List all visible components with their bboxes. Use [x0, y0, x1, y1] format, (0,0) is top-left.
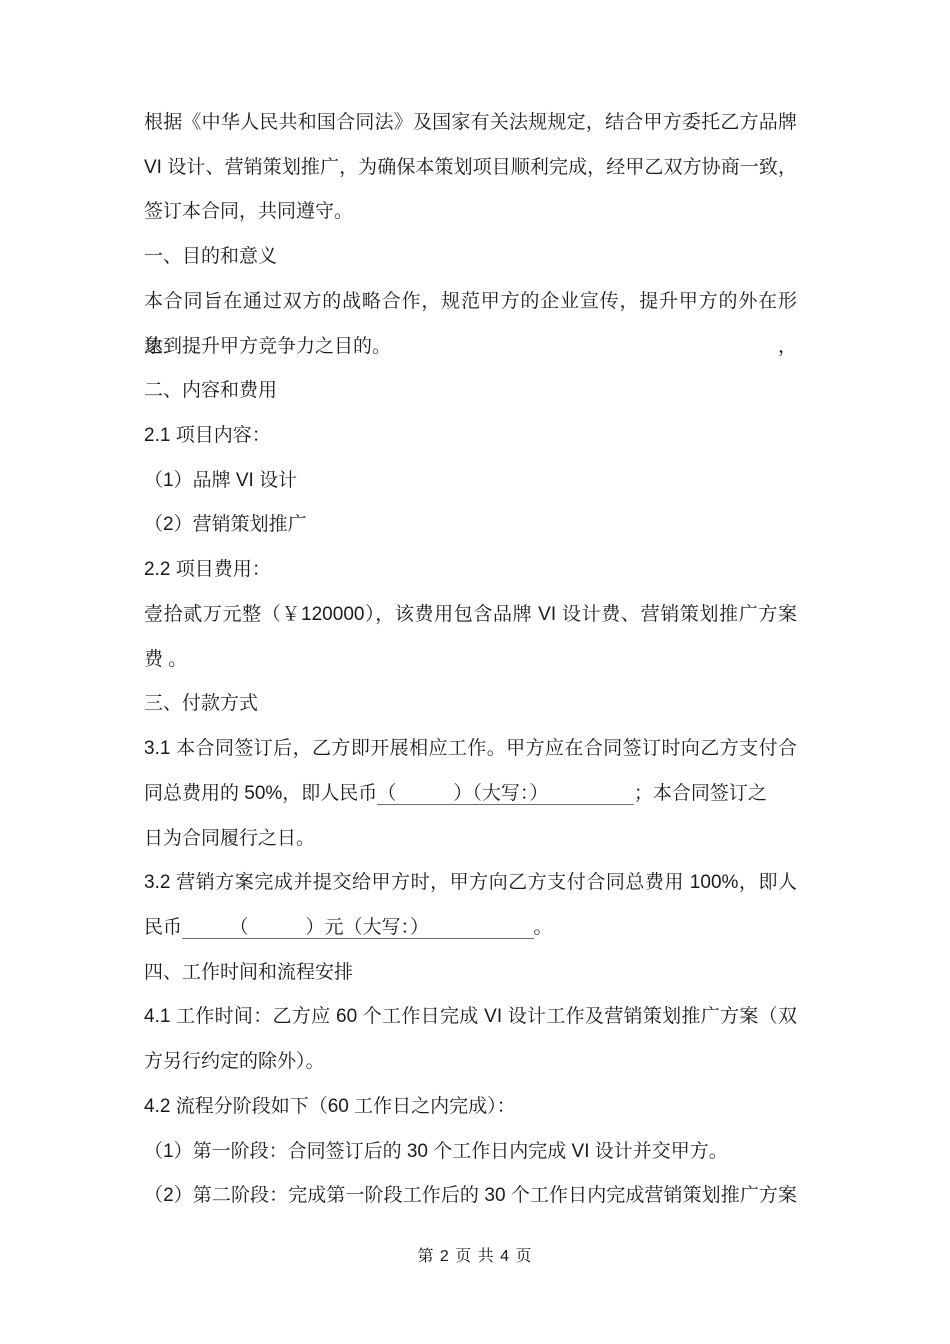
- section-heading: 一、目的和意义: [144, 235, 797, 280]
- text-segment: 4.2 流程分阶段如下（60 工作日之内完成）：: [144, 1096, 516, 1117]
- text-segment: 签订本合同，共同遵守。: [144, 201, 353, 222]
- section-heading: 三、付款方式: [144, 682, 797, 727]
- text-segment: 2.1 项目内容：: [144, 425, 271, 446]
- text-segment: 二、内容和费用: [144, 380, 277, 401]
- fill-in-line: 民币 （ ）元（大写：） 。: [144, 906, 797, 951]
- text-segment: 费 。: [144, 649, 187, 670]
- text-segment: 方另行约定的除外）。: [144, 1051, 325, 1072]
- text-line: 费 。: [144, 638, 797, 683]
- text-line: 2.1 项目内容：: [144, 414, 797, 459]
- text-line: 3.1 本合同签订后，乙方即开展相应工作。甲方应在合同签订时向乙方支付合: [144, 727, 797, 772]
- text-segment: 2.2 项目费用：: [144, 559, 271, 580]
- text-line: 4.1 工作时间：乙方应 60 个工作日完成 VI 设计工作及营销策划推广方案（…: [144, 995, 797, 1040]
- text-line: 2.2 项目费用：: [144, 548, 797, 593]
- text-segment: （1）第一阶段：合同签订后的 30 个工作日内完成 VI 设计并交甲方。: [144, 1141, 728, 1162]
- text-segment: （1）品牌 VI 设计: [144, 470, 297, 491]
- text-line: 壹拾贰万元整（￥120000），该费用包含品牌 VI 设计费、营销策划推广方案: [144, 593, 797, 638]
- document-page: 根据《中华人民共和国合同法》及国家有关法规规定，结合甲方委托乙方品牌VI 设计、…: [0, 0, 950, 1344]
- text-segment: 根据《中华人民共和国合同法》及国家有关法规规定，结合甲方委托乙方品牌: [144, 112, 797, 133]
- text-segment: 3.1 本合同签订后，乙方即开展相应工作。甲方应在合同签订时向乙方支付合: [144, 738, 797, 759]
- section-heading: 四、工作时间和流程安排: [144, 951, 797, 996]
- fill-in-line: 同总费用的 50%，即人民币（ ）（大写：） ；本合同签订之: [144, 772, 797, 817]
- text-line: 根据《中华人民共和国合同法》及国家有关法规规定，结合甲方委托乙方品牌: [144, 101, 797, 146]
- text-segment: 日为合同履行之日。: [144, 828, 315, 849]
- text-segment: VI 设计、营销策划推广，为确保本策划项目顺利完成，经甲乙双方协商一致，: [144, 157, 797, 178]
- section-heading: 二、内容和费用: [144, 369, 797, 414]
- text-segment: ；本合同签订之: [634, 783, 767, 804]
- text-segment: （2）第二阶段：完成第一阶段工作后的 30 个工作日内完成营销策划推广方案: [144, 1185, 797, 1206]
- text-segment: （2）营销策划推广: [144, 514, 307, 535]
- text-line: （1）第一阶段：合同签订后的 30 个工作日内完成 VI 设计并交甲方。: [144, 1130, 797, 1175]
- document-body: 根据《中华人民共和国合同法》及国家有关法规规定，结合甲方委托乙方品牌VI 设计、…: [144, 101, 797, 1219]
- text-line: VI 设计、营销策划推广，为确保本策划项目顺利完成，经甲乙双方协商一致，: [144, 146, 797, 191]
- text-line: 签订本合同，共同遵守。: [144, 190, 797, 235]
- text-segment: 壹拾贰万元整（￥120000），该费用包含品牌 VI 设计费、营销策划推广方案: [144, 604, 797, 625]
- text-line: 4.2 流程分阶段如下（60 工作日之内完成）：: [144, 1085, 797, 1130]
- text-segment: 达到提升甲方竞争力之目的。: [144, 336, 391, 357]
- text-segment: 三、付款方式: [144, 693, 258, 714]
- text-line: 方另行约定的除外）。: [144, 1040, 797, 1085]
- blank-underline-field: （ ）元（大写：）: [182, 917, 534, 939]
- text-line: 3.2 营销方案完成并提交给甲方时，甲方向乙方支付合同总费用 100%，即人: [144, 861, 797, 906]
- blank-underline-field: （ ）（大写：）: [377, 783, 634, 805]
- text-segment: 3.2 营销方案完成并提交给甲方时，甲方向乙方支付合同总费用 100%，即人: [144, 872, 797, 893]
- text-segment: 。: [534, 917, 553, 938]
- text-segment: 一、目的和意义: [144, 246, 277, 267]
- text-line: （1）品牌 VI 设计: [144, 459, 797, 504]
- text-line: （2）营销策划推广: [144, 503, 797, 548]
- text-segment: 同总费用的 50%，即人民币: [144, 783, 377, 804]
- text-line: 日为合同履行之日。: [144, 817, 797, 862]
- text-line: （2）第二阶段：完成第一阶段工作后的 30 个工作日内完成营销策划推广方案: [144, 1174, 797, 1219]
- text-line: 本合同旨在通过双方的战略合作，规范甲方的企业宣传，提升甲方的外在形象，: [144, 280, 797, 325]
- text-segment: 四、工作时间和流程安排: [144, 962, 353, 983]
- page-number-footer: 第 2 页 共 4 页: [0, 1243, 950, 1266]
- text-segment: 民币: [144, 917, 182, 938]
- text-segment: 4.1 工作时间：乙方应 60 个工作日完成 VI 设计工作及营销策划推广方案（…: [144, 1006, 797, 1027]
